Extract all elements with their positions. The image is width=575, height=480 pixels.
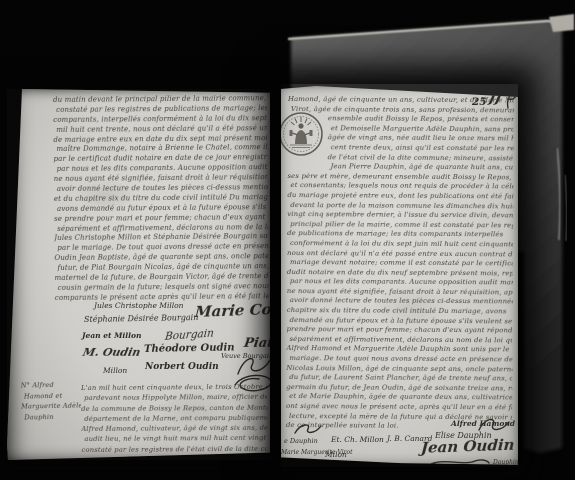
signature: e Dauphin (284, 437, 318, 445)
signature: Jean et Millon (82, 331, 141, 340)
signature: Stéphanie Désirée Bourgain (84, 313, 199, 324)
marriage-act-2-continued-text: Hamond, âgé de cinquante un ans, cultiva… (286, 95, 514, 432)
handwritten-line: Dauphin (24, 411, 81, 423)
signature-flourish-icon (429, 456, 491, 467)
signature: Jean Oudin (420, 436, 515, 457)
margin-note-spouses: N° AlfredHamond etMarguerite AdèleDauphi… (21, 379, 82, 422)
marriage-act-1-text: du matin devant le principal pilier de l… (53, 94, 269, 304)
signature: Marie Marguerite Virot (281, 449, 353, 456)
right-page-paper: 25 ff Hamond, âgé de cinquante un ans, c… (281, 84, 518, 467)
signature: Marie Colombe (194, 298, 270, 321)
left-page-paper: du matin devant le principal pilier de l… (7, 89, 270, 460)
left-page: du matin devant le principal pilier de l… (7, 89, 270, 460)
signature: Norbert Oudin (145, 362, 219, 372)
cover-corner-highlight (549, 14, 574, 32)
marriage-act-2-text: L'an mil huit cent cinquante deux, le tr… (81, 382, 267, 455)
signature: Dauphin (493, 459, 518, 466)
register-scan-canvas: du matin devant le principal pilier de l… (0, 0, 575, 480)
signature: Piat (243, 336, 270, 351)
signature: M. Oudin (82, 346, 142, 359)
signature: Jules Christophe Millon (94, 301, 184, 310)
signature: Et. Ch. Millon (331, 435, 384, 444)
right-page: 25 ff Hamond, âgé de cinquante un ans, c… (281, 84, 518, 467)
signature-flourish-icon (293, 421, 323, 437)
signature: Millon (103, 366, 127, 375)
signature: Bourgain (164, 328, 214, 344)
handwritten-line: constaté par les registres de l'état civ… (81, 443, 267, 455)
